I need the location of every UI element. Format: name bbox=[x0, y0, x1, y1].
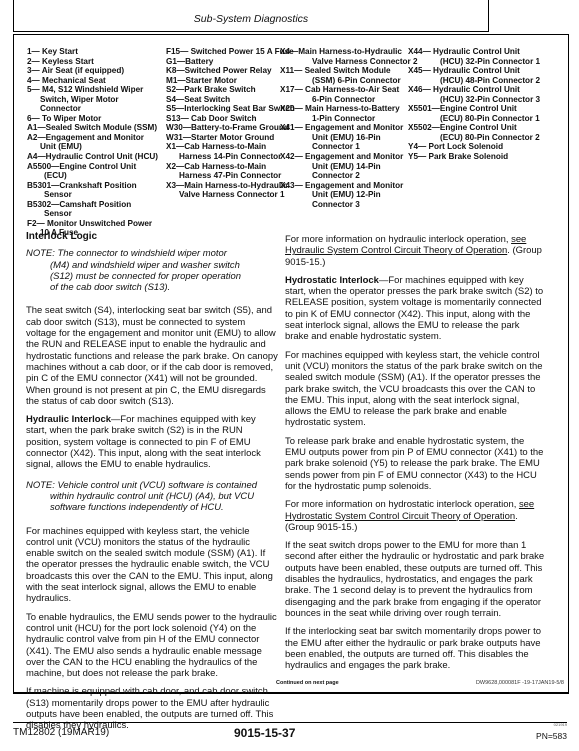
legend-item: F2— Monitor Unswitched Power bbox=[27, 219, 158, 229]
legend-item-continuation: (HCU) 32-Pin Connector 1 bbox=[408, 57, 540, 67]
legend-item: A4—Hydraulic Control Unit (HCU) bbox=[27, 152, 158, 162]
legend-item: X5501—Engine Control Unit bbox=[408, 104, 540, 114]
manual-id: TM12802 (19MAR19) bbox=[13, 727, 109, 738]
legend-item-continuation: Connector 2 bbox=[280, 171, 418, 181]
paragraph: To enable hydraulics, the EMU sends powe… bbox=[26, 612, 278, 680]
legend-item-continuation: Unit (EMU) 14-Pin bbox=[280, 162, 418, 172]
paragraph-text: For more information on hydraulic interl… bbox=[285, 234, 511, 245]
legend-item: W30—Battery-to-Frame Ground bbox=[166, 123, 295, 133]
legend-item: X5502—Engine Control Unit bbox=[408, 123, 540, 133]
paragraph: The seat switch (S4), interlocking seat … bbox=[26, 305, 278, 407]
note-line: (M4) and windshield wiper and washer swi… bbox=[26, 260, 278, 271]
legend-item-continuation: Unit (EMU) 12-Pin bbox=[280, 190, 418, 200]
legend-item: X44— Hydraulic Control Unit bbox=[408, 47, 540, 57]
legend-item: 6— To Wiper Motor bbox=[27, 114, 158, 124]
run-in-heading: Hydraulic Interlock bbox=[26, 414, 111, 425]
paragraph: If the seat switch drops power to the EM… bbox=[285, 540, 545, 619]
legend-column-2: F15— Switched Power 15 A FuseG1—BatteryK… bbox=[166, 47, 295, 200]
legend-item: A5500—Engine Control Unit bbox=[27, 162, 158, 172]
legend-item-continuation: (HCU) 48-Pin Connector 2 bbox=[408, 76, 540, 86]
legend-item-continuation: (ECU) bbox=[27, 171, 158, 181]
legend-column-3: X4—Main Harness-to-HydraulicValve Harnes… bbox=[280, 47, 418, 209]
legend-item-continuation: 6-Pin Connector bbox=[280, 95, 418, 105]
pn-number: PN=583 bbox=[536, 731, 567, 741]
footer-date-code: 021919 bbox=[554, 722, 567, 727]
legend-item-continuation: (SSM) 6-Pin Connector bbox=[280, 76, 418, 86]
note-vcu-software: NOTE: Vehicle control unit (VCU) softwar… bbox=[26, 480, 278, 514]
paragraph: To release park brake and enable hydrost… bbox=[285, 436, 545, 492]
paragraph-hydraulic-interlock: Hydraulic Interlock—For machines equippe… bbox=[26, 414, 278, 470]
legend-item: X17— Cab Harness-to-Air Seat bbox=[280, 85, 418, 95]
legend-item: 5— M4, S12 Windshield Wiper bbox=[27, 85, 158, 95]
note-line: (S12) must be connected for proper opera… bbox=[26, 271, 278, 282]
run-in-heading: Hydrostatic Interlock bbox=[285, 275, 379, 286]
paragraph: For machines equipped with keyless start… bbox=[26, 526, 278, 605]
legend-item-continuation: 1-Pin Connector bbox=[280, 114, 418, 124]
legend-item: 3— Air Seat (if equipped) bbox=[27, 66, 158, 76]
legend-item: X3—Main Harness-to-Hydraulic bbox=[166, 181, 295, 191]
legend-item: X4—Main Harness-to-Hydraulic bbox=[280, 47, 418, 57]
content-box: 1— Key Start2— Keyless Start3— Air Seat … bbox=[13, 34, 569, 694]
legend-item-continuation: Connector bbox=[27, 104, 158, 114]
header-title: Sub-System Diagnostics bbox=[14, 13, 488, 25]
paragraph: If machine is equipped with cab door, an… bbox=[26, 686, 278, 731]
legend-item-continuation: Unit (EMU) 16-Pin bbox=[280, 133, 418, 143]
legend-item-continuation: (ECU) 80-Pin Connector 2 bbox=[408, 133, 540, 143]
footer-divider bbox=[13, 722, 567, 723]
page-header: Sub-System Diagnostics bbox=[13, 0, 489, 32]
legend-item: X42— Engagement and Monitor bbox=[280, 152, 418, 162]
legend-item: Y4— Port Lock Solenoid bbox=[408, 142, 540, 152]
continued-notice: Continued on next page bbox=[276, 680, 339, 686]
paragraph: If the interlocking seat bar switch mome… bbox=[285, 626, 545, 671]
legend-item: X43— Engagement and Monitor bbox=[280, 181, 418, 191]
legend-item: X46— Hydraulic Control Unit bbox=[408, 85, 540, 95]
legend-column-1: 1— Key Start2— Keyless Start3— Air Seat … bbox=[27, 47, 158, 238]
legend-item: X2—Cab Harness-to-Main bbox=[166, 162, 295, 172]
legend-item-continuation: Valve Harness Connector 1 bbox=[166, 190, 295, 200]
legend-item: S2—Park Brake Switch bbox=[166, 85, 295, 95]
legend-item-continuation: Sensor bbox=[27, 209, 158, 219]
legend-item: S4—Seat Switch bbox=[166, 95, 295, 105]
note-lead: NOTE: The connector to windshield wiper … bbox=[26, 248, 227, 259]
right-text-column: For more information on hydraulic interl… bbox=[285, 234, 545, 678]
legend-item: A2—Engagement and Monitor bbox=[27, 133, 158, 143]
legend-item: 1— Key Start bbox=[27, 47, 158, 57]
paragraph: For machines equipped with keyless start… bbox=[285, 350, 545, 429]
page-number: 9015-15-37 bbox=[234, 726, 295, 740]
legend-item-continuation: Harness 47-Pin Connector bbox=[166, 171, 295, 181]
legend-item: X45— Hydraulic Control Unit bbox=[408, 66, 540, 76]
paragraph-hydrostatic-info: For more information on hydrostatic inte… bbox=[285, 499, 545, 533]
legend-item: 2— Keyless Start bbox=[27, 57, 158, 67]
legend-item: F15— Switched Power 15 A Fuse bbox=[166, 47, 295, 57]
note-line: within hydraulic control unit (HCU) (A4)… bbox=[26, 491, 278, 502]
legend-item: X41— Engagement and Monitor bbox=[280, 123, 418, 133]
left-text-column: Interlock Logic NOTE: The connector to w… bbox=[26, 231, 278, 739]
legend-item: 4— Mechanical Seat bbox=[27, 76, 158, 86]
document-id: DW9628,000081F -19-17JAN19-5/8 bbox=[476, 680, 564, 686]
legend-item: M1—Starter Motor bbox=[166, 76, 295, 86]
legend-item: S5—Interlocking Seat Bar Switch bbox=[166, 104, 295, 114]
legend-item: X11— Sealed Switch Module bbox=[280, 66, 418, 76]
legend-column-4: X44— Hydraulic Control Unit(HCU) 32-Pin … bbox=[408, 47, 540, 162]
legend-item-continuation: Valve Harness Connector 2 bbox=[280, 57, 418, 67]
note-line: software functions independently of HCU. bbox=[26, 502, 278, 513]
legend-item: G1—Battery bbox=[166, 57, 295, 67]
paragraph-hydraulic-info: For more information on hydraulic interl… bbox=[285, 234, 545, 268]
legend-item-continuation: Harness 14-Pin Connector bbox=[166, 152, 295, 162]
note-line: of the cab door switch (S13). bbox=[26, 282, 278, 293]
legend-item: B5302—Camshaft Position bbox=[27, 200, 158, 210]
legend-item: A1—Sealed Switch Module (SSM) bbox=[27, 123, 158, 133]
note-wiper-connector: NOTE: The connector to windshield wiper … bbox=[26, 248, 278, 293]
legend-item-continuation: (HCU) 32-Pin Connector 3 bbox=[408, 95, 540, 105]
legend-item: S13— Cab Door Switch bbox=[166, 114, 295, 124]
legend-item: Y5— Park Brake Solenoid bbox=[408, 152, 540, 162]
legend-item: B5301—Crankshaft Position bbox=[27, 181, 158, 191]
legend-item: K8—Switched Power Relay bbox=[166, 66, 295, 76]
legend-item-continuation: Unit (EMU) bbox=[27, 142, 158, 152]
note-lead: NOTE: Vehicle control unit (VCU) softwar… bbox=[26, 480, 257, 491]
legend-item-continuation: Connector 1 bbox=[280, 142, 418, 152]
legend-item-continuation: Sensor bbox=[27, 190, 158, 200]
legend-item-continuation: (ECU) 80-Pin Connector 1 bbox=[408, 114, 540, 124]
legend-item: X20— Main Harness-to-Battery bbox=[280, 104, 418, 114]
legend-item-continuation: Switch, Wiper Motor bbox=[27, 95, 158, 105]
paragraph-hydrostatic-interlock: Hydrostatic Interlock—For machines equip… bbox=[285, 275, 545, 343]
legend-item-continuation: Connector 3 bbox=[280, 200, 418, 210]
paragraph-text: For more information on hydrostatic inte… bbox=[285, 499, 519, 510]
legend-item: X1—Cab Harness-to-Main bbox=[166, 142, 295, 152]
section-title: Interlock Logic bbox=[26, 231, 278, 242]
legend-item: W31—Starter Motor Ground bbox=[166, 133, 295, 143]
